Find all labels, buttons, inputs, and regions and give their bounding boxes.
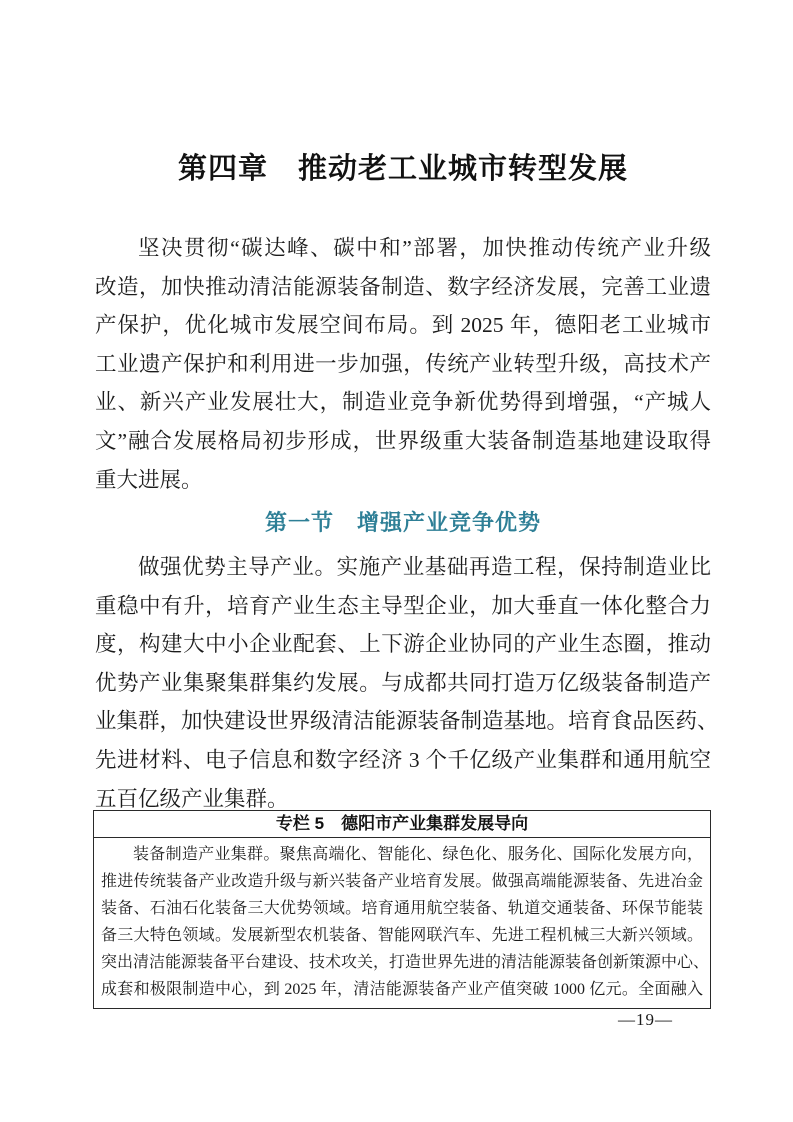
feature-box-title: 专栏 5 德阳市产业集群发展导向 <box>94 811 710 838</box>
body-line: 做强优势主导产业。实施产业基础再造工程，保持制造业比 <box>95 548 711 587</box>
chapter-title: 第四章 推动老工业城市转型发展 <box>95 146 711 187</box>
body-line: 度，构建大中小企业配套、上下游企业协同的产业生态圈，推动 <box>95 625 711 664</box>
box-line: 突出清洁能源装备平台建设、技术攻关，打造世界先进的清洁能源装备创新策源中心、 <box>101 949 703 976</box>
body-line: 优势产业集聚集群集约发展。与成都共同打造万亿级装备制造产 <box>95 664 711 703</box>
box-line: 装备制造产业集群。聚焦高端化、智能化、绿色化、服务化、国际化发展方向， <box>101 841 703 868</box>
box-line: 备三大特色领域。发展新型农机装备、智能网联汽车、先进工程机械三大新兴领域。 <box>101 922 703 949</box>
body-line: 先进材料、电子信息和数字经济 3 个千亿级产业集群和通用航空 <box>95 741 711 780</box>
body-line: 业集群，加快建设世界级清洁能源装备制造基地。培育食品医药、 <box>95 702 711 741</box>
body-line: 业、新兴产业发展壮大，制造业竞争新优势得到增强，“产城人 <box>95 383 711 422</box>
paragraph-2: 做强优势主导产业。实施产业基础再造工程，保持制造业比 重稳中有升，培育产业生态主… <box>95 548 711 818</box>
body-line: 工业遗产保护和利用进一步加强，传统产业转型升级，高技术产 <box>95 345 711 384</box>
body-line: 重稳中有升，培育产业生态主导型企业，加大垂直一体化整合力 <box>95 587 711 626</box>
box-line: 推进传统装备产业改造升级与新兴装备产业培育发展。做强高端能源装备、先进冶金 <box>101 868 703 895</box>
body-line: 坚决贯彻“碳达峰、碳中和”部署，加快推动传统产业升级 <box>95 229 711 268</box>
body-line: 产保护，优化城市发展空间布局。到 2025 年，德阳老工业城市 <box>95 306 711 345</box>
feature-box: 专栏 5 德阳市产业集群发展导向 装备制造产业集群。聚焦高端化、智能化、绿色化、… <box>93 810 711 1009</box>
box-line: 成套和极限制造中心，到 2025 年，清洁能源装备产业产值突破 1000 亿元。… <box>101 976 703 1003</box>
feature-box-body: 装备制造产业集群。聚焦高端化、智能化、绿色化、服务化、国际化发展方向， 推进传统… <box>94 838 710 1008</box>
paragraph-1: 坚决贯彻“碳达峰、碳中和”部署，加快推动传统产业升级 改造，加快推动清洁能源装备… <box>95 229 711 499</box>
section-title: 第一节 增强产业竞争优势 <box>95 506 711 537</box>
body-line: 改造，加快推动清洁能源装备制造、数字经济发展，完善工业遗 <box>95 268 711 307</box>
body-line: 文”融合发展格局初步形成，世界级重大装备制造基地建设取得 <box>95 422 711 461</box>
box-line: 装备、石油石化装备三大优势领域。培育通用航空装备、轨道交通装备、环保节能装 <box>101 895 703 922</box>
document-page: 第四章 推动老工业城市转型发展 坚决贯彻“碳达峰、碳中和”部署，加快推动传统产业… <box>0 0 793 1122</box>
page-number: —19— <box>95 1010 673 1030</box>
body-line: 重大进展。 <box>95 461 711 500</box>
